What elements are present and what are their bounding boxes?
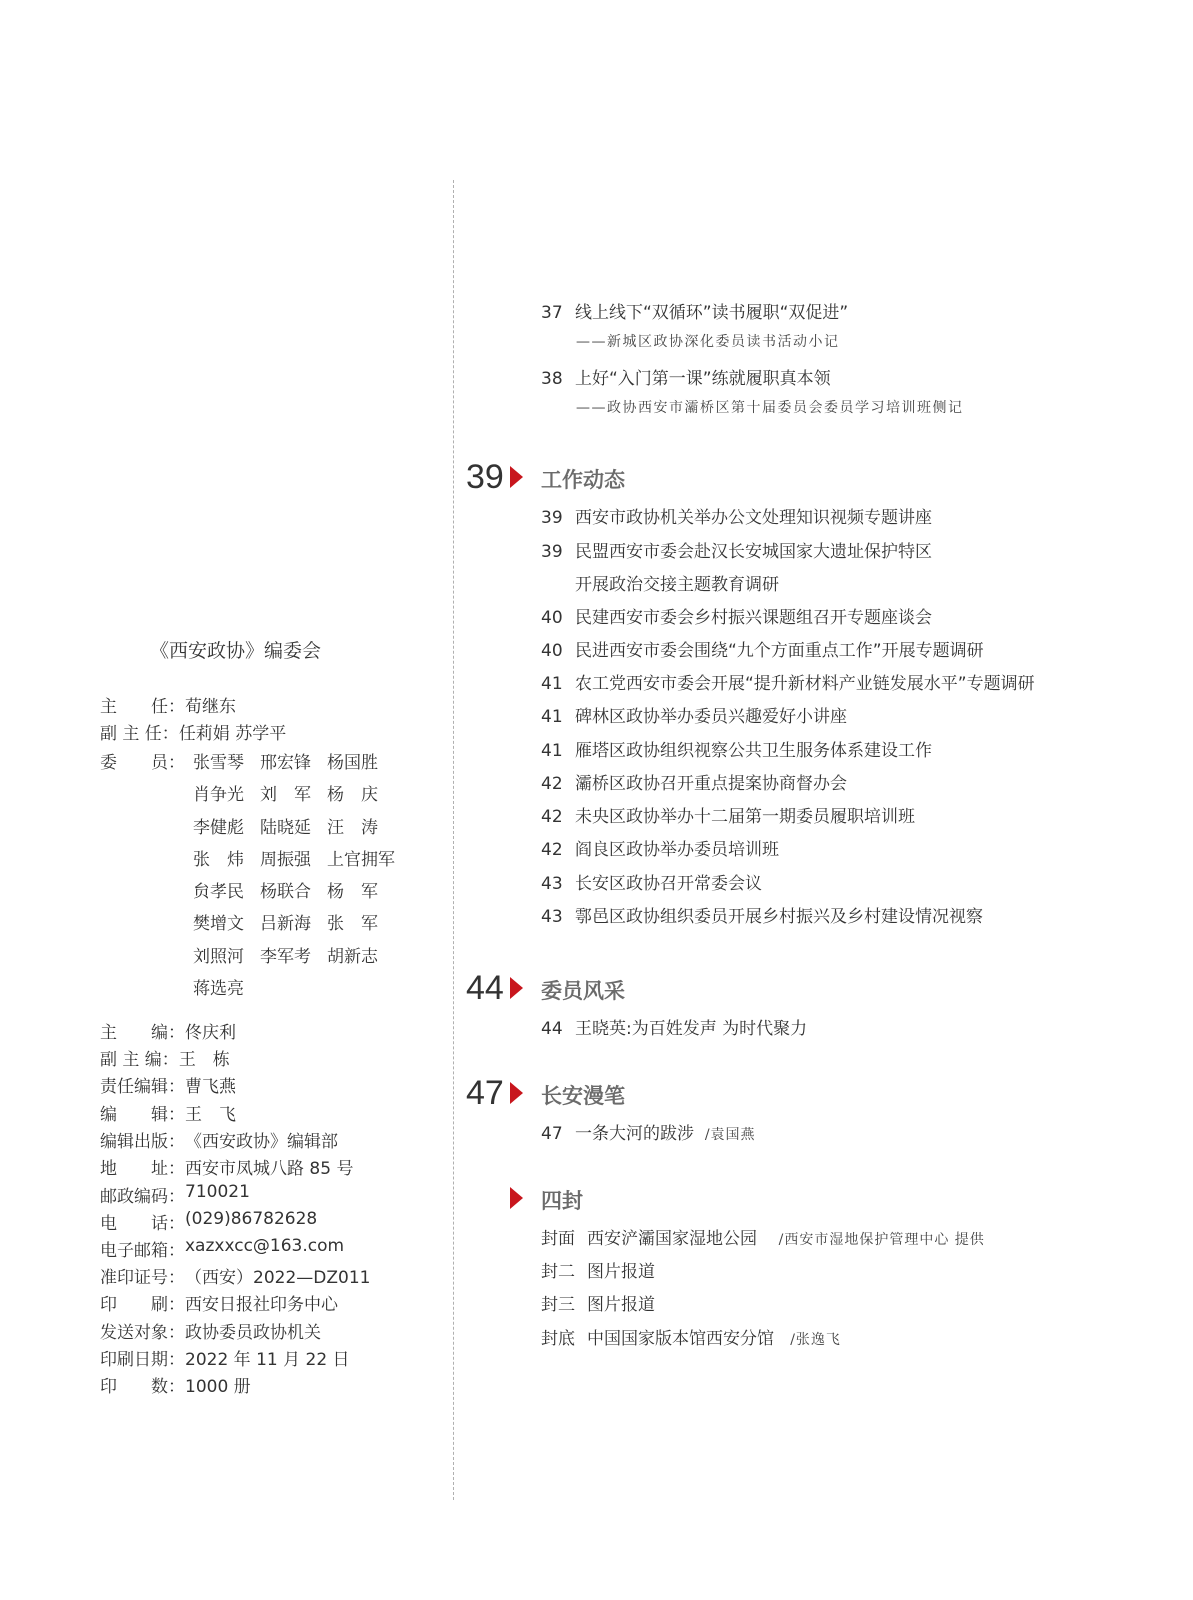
section-arrow-icon (510, 1082, 523, 1104)
credit: /张逸飞 (790, 1332, 841, 1348)
members-row: 肖争光刘 军杨 庆 (193, 780, 394, 805)
toc-entry[interactable]: 39民盟西安市委会赴汉长安城国家大遗址保护特区 (541, 537, 932, 562)
column-divider (453, 180, 454, 1500)
cover-entry[interactable]: 封底中国国家版本馆西安分馆 /张逸飞 (541, 1324, 841, 1349)
info-row: 印刷日期：2022 年 11 月 22 日 (100, 1345, 350, 1370)
credit: /西安市湿地保护管理中心 提供 (779, 1232, 985, 1248)
info-row: 副 主 编：王 栋 (100, 1045, 230, 1070)
toc-entry[interactable]: 43鄠邑区政协组织委员开展乡村振兴及乡村建设情况视察 (541, 902, 983, 927)
info-row: 编辑出版：《西安政协》编辑部 (100, 1127, 338, 1152)
toc-entry-continued: 开展政治交接主题教育调研 (575, 570, 779, 595)
toc-entry[interactable]: 42灞桥区政协召开重点提案协商督办会 (541, 769, 847, 794)
section-title: 长安漫笔 (541, 1080, 625, 1110)
toc-entry[interactable]: 43长安区政协召开常委会议 (541, 869, 762, 894)
members-label: 委 员： (100, 748, 185, 773)
section-number: 39 (466, 460, 504, 494)
info-row: 电子邮箱：xazxxcc@163.com (100, 1236, 344, 1261)
value: 任莉娟 苏学平 (179, 719, 286, 744)
cover-entry[interactable]: 封三图片报道 (541, 1290, 655, 1315)
section-arrow-icon (510, 466, 523, 488)
toc-entry[interactable]: 38上好“入门第一课”练就履职真本领 (541, 364, 831, 389)
info-row: 发送对象：政协委员政协机关 (100, 1318, 321, 1343)
members-row: 贠孝民杨联合杨 军 (193, 877, 394, 902)
cover-entry[interactable]: 封二图片报道 (541, 1257, 655, 1282)
board-title: 《西安政协》编委会 (150, 636, 321, 663)
toc-entry[interactable]: 40民进西安市委会围绕“九个方面重点工作”开展专题调研 (541, 636, 984, 661)
page-number: 38 (541, 369, 575, 389)
info-row: 准印证号：（西安）2022—DZ011 (100, 1263, 370, 1288)
members-row: 张 炜周振强上官拥军 (193, 845, 407, 870)
section-arrow-icon (510, 977, 523, 999)
value: 荀继东 (185, 692, 236, 717)
entry-title: 上好“入门第一课”练就履职真本领 (575, 369, 831, 389)
section-number: 44 (466, 971, 504, 1005)
page-number: 37 (541, 303, 575, 323)
section-title: 工作动态 (541, 464, 625, 494)
section-title: 四封 (541, 1185, 583, 1215)
deputy-director-row: 副 主 任： 任莉娟 苏学平 (100, 719, 286, 744)
toc-entry[interactable]: 47一条大河的跋涉 /袁国燕 (541, 1119, 756, 1144)
toc-entry[interactable]: 41碑林区政协举办委员兴趣爱好小讲座 (541, 702, 847, 727)
section-title: 委员风采 (541, 975, 625, 1005)
members-row: 刘照河李军考胡新志 (193, 942, 394, 967)
entry-subtitle: ——新城区政协深化委员读书活动小记 (576, 331, 840, 351)
toc-entry[interactable]: 37线上线下“双循环”读书履职“双促进” (541, 298, 848, 323)
members-row: 樊增文吕新海张 军 (193, 909, 394, 934)
entry-title: 线上线下“双循环”读书履职“双促进” (575, 303, 848, 323)
info-row: 编 辑：王 飞 (100, 1100, 236, 1125)
toc-entry[interactable]: 41雁塔区政协组织视察公共卫生服务体系建设工作 (541, 736, 932, 761)
members-row: 张雪琴邢宏锋杨国胜 (193, 748, 394, 773)
author: /袁国燕 (705, 1127, 756, 1143)
info-row: 责任编辑：曹飞燕 (100, 1072, 236, 1097)
director-row: 主 任： 荀继东 (100, 692, 236, 717)
entry-subtitle: ——政协西安市灞桥区第十届委员会委员学习培训班侧记 (576, 397, 964, 417)
info-row: 印 刷：西安日报社印务中心 (100, 1290, 338, 1315)
toc-entry[interactable]: 40民建西安市委会乡村振兴课题组召开专题座谈会 (541, 603, 932, 628)
label: 主 任： (100, 692, 185, 717)
info-row: 邮政编码：710021 (100, 1182, 250, 1207)
section-number: 47 (466, 1076, 504, 1110)
toc-entry[interactable]: 42未央区政协举办十二届第一期委员履职培训班 (541, 802, 915, 827)
toc-entry[interactable]: 44王晓英:为百姓发声 为时代聚力 (541, 1014, 807, 1039)
info-row: 主 编：佟庆利 (100, 1018, 236, 1043)
info-row: 印 数：1000 册 (100, 1372, 251, 1397)
info-row: 地 址：西安市凤城八路 85 号 (100, 1154, 353, 1179)
members-row: 蒋选亮 (193, 974, 260, 999)
section-arrow-icon (510, 1187, 523, 1209)
cover-entry[interactable]: 封面西安浐灞国家湿地公园 /西安市湿地保护管理中心 提供 (541, 1224, 985, 1249)
label: 副 主 任： (100, 719, 179, 744)
toc-entry[interactable]: 39西安市政协机关举办公文处理知识视频专题讲座 (541, 503, 932, 528)
toc-entry[interactable]: 41农工党西安市委会开展“提升新材料产业链发展水平”专题调研 (541, 669, 1035, 694)
toc-entry[interactable]: 42阎良区政协举办委员培训班 (541, 835, 779, 860)
members-row: 李健彪陆晓延汪 涛 (193, 813, 394, 838)
info-row: 电 话：(029)86782628 (100, 1209, 317, 1234)
